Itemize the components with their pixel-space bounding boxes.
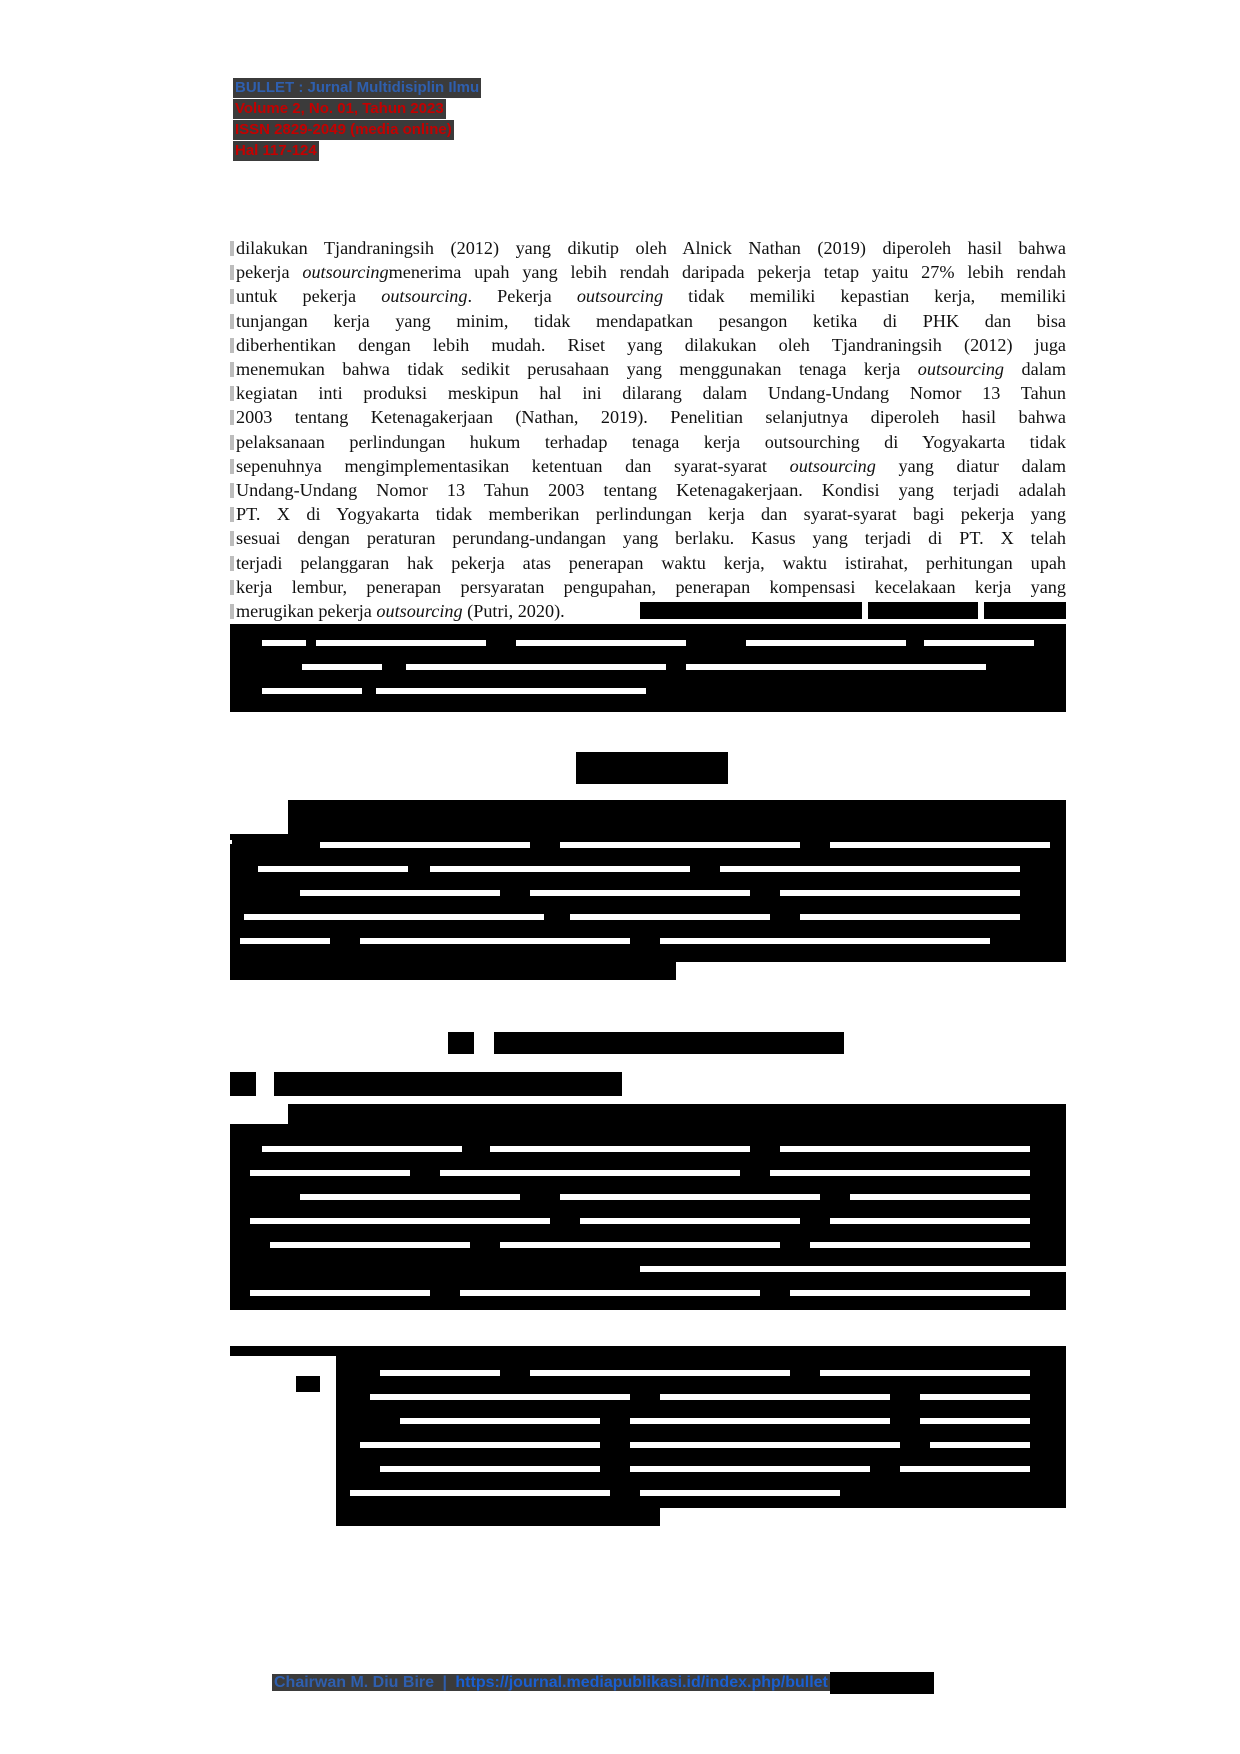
redacted-section-number [448,1032,474,1054]
body-line: sepenuhnya mengimplementasikan ketentuan… [236,454,1066,478]
redacted-subsection-number [230,1072,256,1096]
body-line: 2003 tentang Ketenagakerjaan (Nathan, 20… [236,405,1066,429]
redacted-paragraph [288,1104,1066,1124]
redacted-subsection-title [274,1072,622,1096]
italic-term: outsourcing [381,286,467,306]
body-line: Undang-Undang Nomor 13 Tahun 2003 tentan… [236,478,1066,502]
redacted-paragraph [288,800,1066,820]
journal-volume: Volume 2, No. 01, Tahun 2023 [233,99,446,119]
body-line: sesuai dengan peraturan perundang-undang… [236,526,1066,550]
journal-pages: Hal 117-124 [233,141,319,161]
document-page: BULLET : Jurnal Multidisiplin Ilmu Volum… [0,0,1240,1754]
journal-header: BULLET : Jurnal Multidisiplin Ilmu Volum… [233,78,481,162]
body-line: kerja lembur, penerapan persyaratan peng… [236,575,1066,599]
body-line: menemukan bahwa tidak sedikit perusahaan… [236,357,1066,381]
page-footer: Chairwan M. Diu Bire | https://journal.m… [272,1672,934,1694]
redacted-section-heading [576,752,728,784]
redacted-section-title [494,1032,844,1054]
footer-author: Chairwan M. Diu Bire [272,1674,436,1691]
redacted-list-item [336,1354,1066,1526]
body-line: tunjangan kerja yang minim, tidak mendap… [236,309,1066,333]
footer-separator: | [436,1674,453,1691]
body-line: kegiatan inti produksi meskipun hal ini … [236,381,1066,405]
italic-term: outsourcing [918,359,1004,379]
body-line: untuk pekerja outsourcing. Pekerja outso… [236,284,1066,308]
footer-journal-link[interactable]: https://journal.mediapublikasi.id/index.… [453,1674,829,1691]
journal-issn: ISSN 2829-2049 (media online) [233,120,454,140]
body-paragraph: dilakukan Tjandraningsih (2012) yang dik… [236,236,1066,623]
italic-term: outsourcing [376,601,462,621]
redacted-list-marker [296,1376,320,1392]
body-line: diberhentikan dengan lebih mudah. Riset … [236,333,1066,357]
italic-term: outsourcing [790,456,876,476]
body-line: pekerja outsourcingmenerima upah yang le… [236,260,1066,284]
redacted-text [984,602,1066,619]
redacted-text [640,602,862,619]
redacted-text [230,1346,1066,1356]
body-line: PT. X di Yogyakarta tidak memberikan per… [236,502,1066,526]
italic-term: outsourcing [302,262,388,282]
body-line: dilakukan Tjandraningsih (2012) yang dik… [236,236,1066,260]
redacted-text [868,602,978,619]
body-line: pelaksanaan perlindungan hukum terhadap … [236,430,1066,454]
redacted-page-number [830,1672,934,1694]
journal-title: BULLET : Jurnal Multidisiplin Ilmu [233,78,481,98]
italic-term: outsourcing [577,286,663,306]
body-line: terjadi pelanggaran hak pekerja atas pen… [236,551,1066,575]
